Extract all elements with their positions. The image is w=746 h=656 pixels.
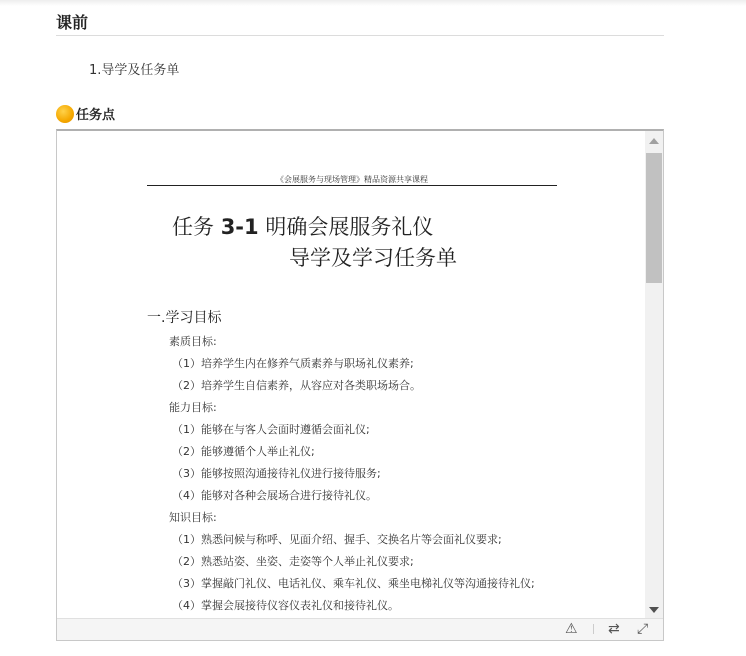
list-item: （3）能够按照沟通接待礼仪进行接待服务;: [172, 465, 381, 481]
list-item: （2）能够遵循个人举止礼仪;: [172, 443, 315, 459]
page-header-rule: [147, 185, 557, 186]
scrollbar-thumb[interactable]: [646, 153, 662, 283]
list-item: （3）掌握敲门礼仪、电话礼仪、乘车礼仪、乘坐电梯礼仪等沟通接待礼仪;: [172, 575, 535, 591]
title-prefix: 任务: [172, 215, 221, 239]
viewer-toolbar: ⚠ ⇄ ⤢: [57, 618, 663, 640]
task-point-badge: 任务点: [56, 104, 115, 123]
document-viewer[interactable]: 《会展服务与现场管理》精品资源共享课程 任务 3-1 明确会展服务礼仪 导学及学…: [56, 129, 664, 641]
section-divider: [56, 35, 664, 36]
list-item: （1）培养学生内在修养气质素养与职场礼仪素养;: [172, 355, 414, 371]
warning-icon[interactable]: ⚠: [565, 621, 578, 637]
scroll-up-button[interactable]: [645, 131, 663, 151]
task-point-dot-icon: [56, 105, 74, 123]
item-title[interactable]: 1.导学及任务单: [89, 59, 179, 78]
page-header: 《会展服务与现场管理》精品资源共享课程: [147, 174, 557, 185]
fullscreen-icon[interactable]: ⤢: [637, 621, 648, 637]
title-suffix: 明确会展服务礼仪: [259, 215, 434, 239]
list-item: （4）掌握会展接待仪容仪表礼仪和接待礼仪。: [172, 597, 399, 613]
section-title: 课前: [56, 10, 88, 33]
list-item: （2）培养学生自信素养，从容应对各类职场场合。: [172, 377, 421, 393]
task-point-label: 任务点: [76, 104, 115, 123]
document-subtitle: 导学及学习任务单: [289, 242, 457, 272]
list-item: （4）能够对各种会展场合进行接待礼仪。: [172, 487, 377, 503]
toolbar-separator: [593, 624, 594, 634]
section-heading: 一.学习目标: [147, 307, 221, 327]
top-shadow: [0, 0, 746, 6]
list-item: （2）熟悉站姿、坐姿、走姿等个人举止礼仪要求;: [172, 553, 414, 569]
switch-icon[interactable]: ⇄: [608, 621, 620, 637]
arrow-up-icon: [649, 138, 659, 144]
document-title: 任务 3-1 明确会展服务礼仪: [172, 211, 433, 241]
title-code: 3-1: [221, 215, 259, 239]
group-label: 素质目标:: [169, 333, 217, 349]
arrow-down-icon: [649, 607, 659, 613]
group-label: 能力目标:: [169, 399, 217, 415]
vertical-scrollbar[interactable]: [645, 131, 663, 620]
document-page[interactable]: 《会展服务与现场管理》精品资源共享课程 任务 3-1 明确会展服务礼仪 导学及学…: [57, 131, 645, 620]
list-item: （1）能够在与客人会面时遵循会面礼仪;: [172, 421, 370, 437]
list-item: （1）熟悉问候与称呼、见面介绍、握手、交换名片等会面礼仪要求;: [172, 531, 502, 547]
scroll-down-button[interactable]: [645, 600, 663, 620]
group-label: 知识目标:: [169, 509, 217, 525]
